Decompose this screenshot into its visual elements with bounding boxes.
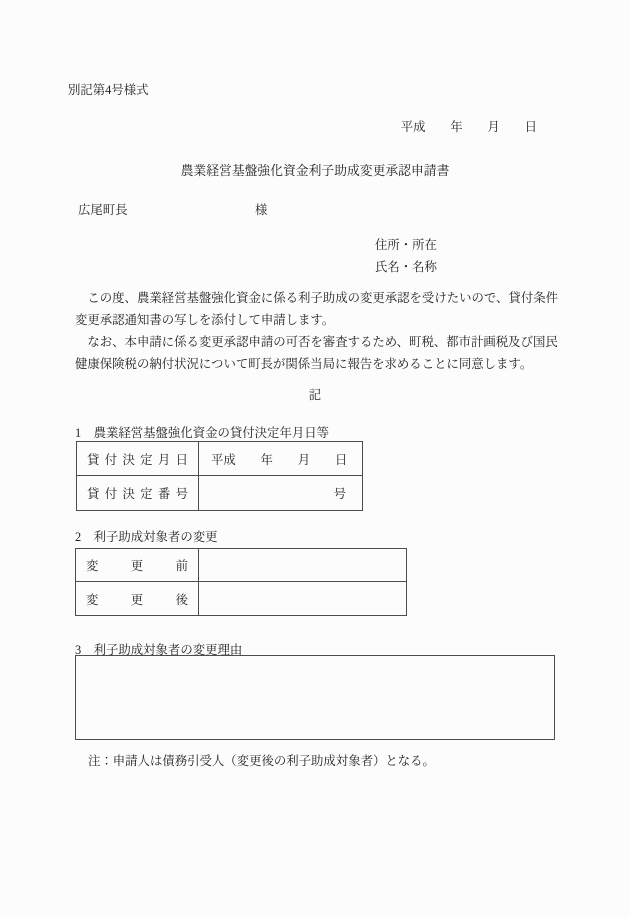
after-change-label: 変更後 — [86, 590, 188, 608]
loan-decision-date-label-cell: 貸付決定月日 — [77, 442, 199, 476]
record-marker: 記 — [0, 385, 630, 403]
body-paragraph-1: この度、農業経営基盤強化資金に係る利子助成の変更承認を受けたいので、貸付条件変更… — [75, 287, 565, 331]
loan-decision-number-label: 貸付決定番号 — [87, 484, 188, 502]
section1-heading: 1 農業経営基盤強化資金の貸付決定年月日等 — [75, 423, 329, 441]
page-title: 農業経営基盤強化資金利子助成変更承認申請書 — [0, 160, 630, 179]
date-line: 平成 年 月 日 — [401, 117, 537, 135]
section2-heading: 2 利子助成対象者の変更 — [75, 527, 218, 545]
application-form-page: 別記第4号様式 平成 年 月 日 農業経営基盤強化資金利子助成変更承認申請書 広… — [0, 0, 630, 916]
loan-decision-date-value-cell: 平成 年 月 日 — [199, 442, 362, 476]
body-paragraph-2: なお、本申請に係る変更承認申請の可否を審査するため、町税、都市計画税及び国民健康… — [75, 331, 565, 375]
loan-decision-number-value-cell: 号 — [199, 476, 362, 510]
honorific-label: 様 — [255, 200, 267, 218]
address-label: 住所・所在 — [375, 235, 437, 253]
after-change-label-cell: 変更後 — [76, 582, 199, 615]
loan-decision-date-label: 貸付決定月日 — [87, 450, 188, 468]
loan-decision-number-label-cell: 貸付決定番号 — [77, 476, 199, 510]
before-change-value-cell — [199, 549, 406, 582]
change-reason-box — [75, 655, 555, 740]
before-change-label: 変更前 — [86, 556, 188, 574]
recipient-name: 広尾町長 — [78, 200, 128, 218]
subsidy-target-change-table: 変更前 変更後 — [75, 548, 407, 616]
after-change-value-cell — [199, 582, 406, 615]
note-text: 注：申請人は債務引受人（変更後の利子助成対象者）となる。 — [88, 751, 435, 769]
loan-decision-table: 貸付決定月日 平成 年 月 日 貸付決定番号 号 — [76, 441, 363, 511]
name-label: 氏名・名称 — [375, 257, 437, 275]
form-code: 別記第4号様式 — [68, 80, 149, 98]
before-change-label-cell: 変更前 — [76, 549, 199, 582]
